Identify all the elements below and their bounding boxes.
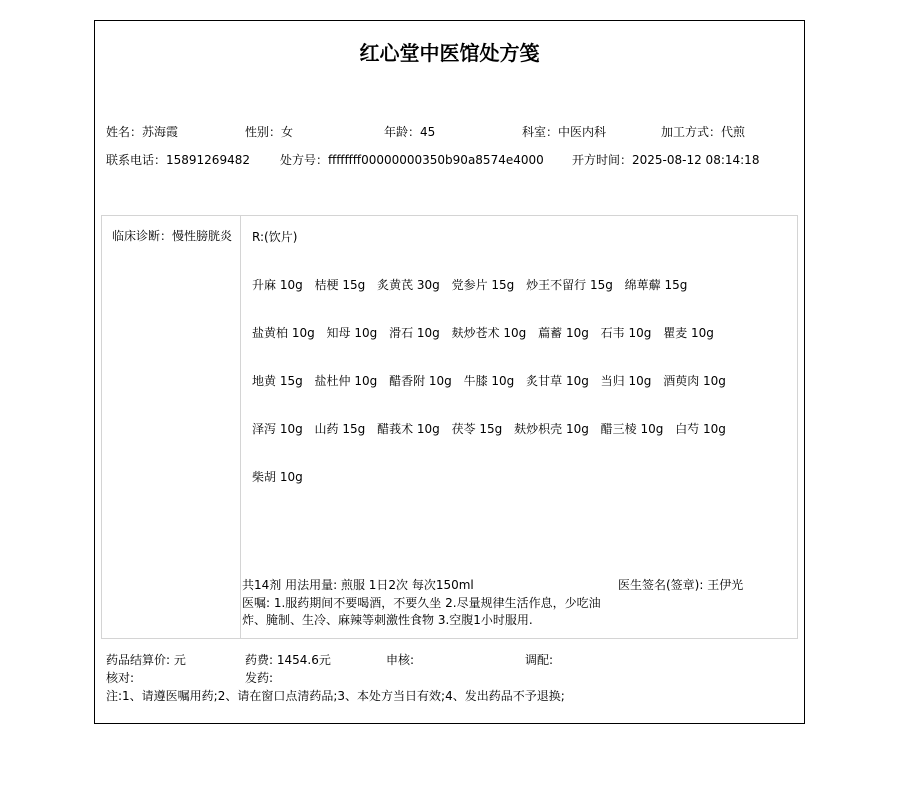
prescription-sheet: 红心堂中医馆处方笺 姓名：苏海霞 性别：女 年龄：45 科室：中医内科 加工方式… (94, 20, 805, 724)
herb-item: 麸炒枳壳 10g (514, 422, 589, 436)
herb-item: 萹蓄 10g (538, 326, 589, 340)
patient-age: 年龄：45 (384, 123, 435, 140)
contact-phone: 联系电话：15891269482 (106, 151, 250, 168)
patient-name: 姓名：苏海霞 (106, 123, 178, 140)
herb-item: 桔梗 15g (315, 278, 366, 292)
prescription-number: 处方号：ffffffff00000000350b90a8574e4000 (280, 151, 544, 168)
clinical-diagnosis: 临床诊断：慢性膀胱炎 (112, 228, 234, 245)
herb-line-2: 盐黄柏 10g 知母 10g 滑石 10g 麸炒苍术 10g 萹蓄 10g 石韦… (252, 324, 722, 341)
herb-item: 柴胡 10g (252, 470, 303, 484)
herb-item: 醋莪术 10g (377, 422, 440, 436)
herb-item: 滑石 10g (389, 326, 440, 340)
review-label: 申核: (386, 651, 414, 668)
herb-line-1: 升麻 10g 桔梗 15g 炙黄芪 30g 党参片 15g 炒王不留行 15g … (252, 276, 695, 293)
herb-item: 知母 10g (327, 326, 378, 340)
usage-dosage: 共14剂 用法用量: 煎服 1日2次 每次150ml (242, 576, 474, 593)
herb-item: 升麻 10g (252, 278, 303, 292)
page-title: 红心堂中医馆处方笺 (95, 37, 804, 66)
herb-item: 炒王不留行 15g (526, 278, 613, 292)
herb-item: 炙黄芪 30g (377, 278, 440, 292)
processing-method: 加工方式：代煎 (661, 123, 745, 140)
herb-item: 白芍 10g (675, 422, 726, 436)
diagnosis-cell: 临床诊断：慢性膀胱炎 (102, 216, 241, 638)
doctor-signature: 医生签名(签章): 王伊光 (618, 576, 743, 593)
herb-line-3: 地黄 15g 盐杜仲 10g 醋香附 10g 牛膝 10g 炙甘草 10g 当归… (252, 372, 734, 389)
herb-item: 泽泻 10g (252, 422, 303, 436)
herb-item: 盐黄柏 10g (252, 326, 315, 340)
prescription-cell: R:(饮片) 升麻 10g 桔梗 15g 炙黄芪 30g 党参片 15g 炒王不… (241, 216, 797, 638)
herb-line-4: 泽泻 10g 山药 15g 醋莪术 10g 茯苓 15g 麸炒枳壳 10g 醋三… (252, 420, 734, 437)
medical-advice: 医嘱: 1.服药期间不要喝酒，不要久坐 2.尽量规律生活作息，少吃油炸、腌制、生… (242, 595, 622, 629)
herb-item: 石韦 10g (601, 326, 652, 340)
rx-header: R:(饮片) (252, 228, 297, 245)
prescription-table: 临床诊断：慢性膀胱炎 R:(饮片) 升麻 10g 桔梗 15g 炙黄芪 30g … (101, 215, 798, 639)
herb-item: 地黄 15g (252, 374, 303, 388)
herb-item: 当归 10g (601, 374, 652, 388)
herb-item: 盐杜仲 10g (315, 374, 378, 388)
herb-item: 党参片 15g (452, 278, 515, 292)
check-label: 核对: (106, 669, 134, 686)
drug-fee: 药费: 1454.6元 (245, 651, 331, 668)
herb-line-5: 柴胡 10g (252, 468, 311, 485)
issue-label: 发药: (245, 669, 273, 686)
issue-time: 开方时间：2025-08-12 08:14:18 (572, 151, 759, 168)
herb-item: 绵萆薢 15g (625, 278, 688, 292)
dispense-label: 调配: (525, 651, 553, 668)
herb-item: 炙甘草 10g (526, 374, 589, 388)
settlement-price: 药品结算价: 元 (106, 651, 186, 668)
herb-item: 醋香附 10g (389, 374, 452, 388)
herb-item: 麸炒苍术 10g (452, 326, 527, 340)
herb-item: 酒萸肉 10g (663, 374, 726, 388)
notes-text: 注:1、请遵医嘱用药;2、请在窗口点清药品;3、本处方当日有效;4、发出药品不予… (106, 687, 565, 704)
herb-item: 瞿麦 10g (663, 326, 714, 340)
department: 科室：中医内科 (522, 123, 606, 140)
herb-item: 醋三棱 10g (601, 422, 664, 436)
patient-gender: 性别：女 (245, 123, 293, 140)
herb-item: 山药 15g (315, 422, 366, 436)
herb-item: 茯苓 15g (452, 422, 503, 436)
herb-item: 牛膝 10g (464, 374, 515, 388)
